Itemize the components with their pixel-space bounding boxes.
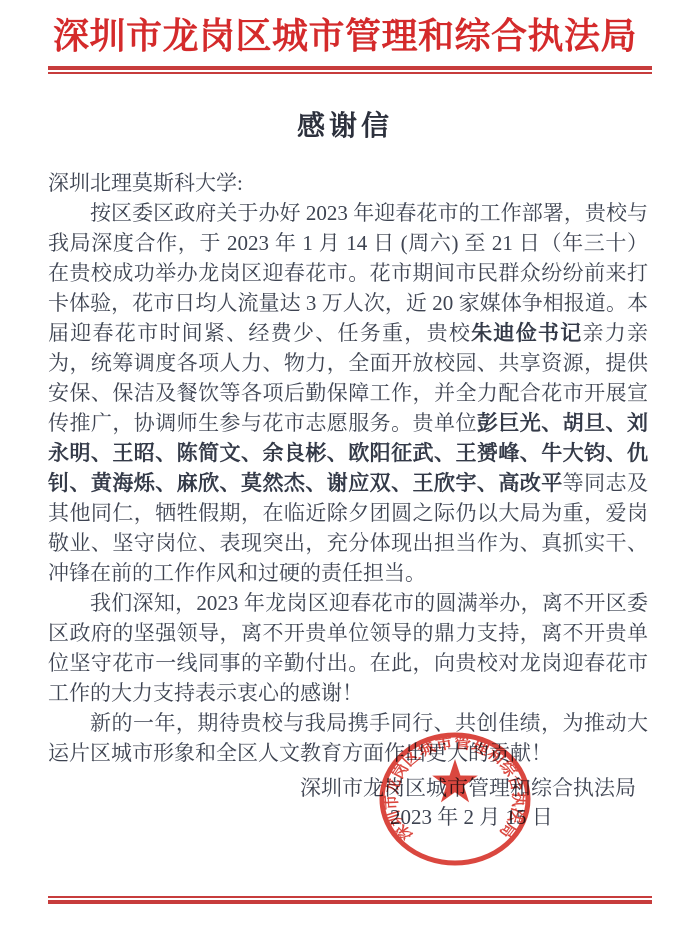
paragraph: 深圳北理莫斯科大学: [48,168,648,198]
letter-body: 深圳北理莫斯科大学:按区委区政府关于办好 2023 年迎春花市的工作部署，贵校与… [48,168,648,768]
letter-paragraphs: 深圳北理莫斯科大学:按区委区政府关于办好 2023 年迎春花市的工作部署，贵校与… [48,168,648,768]
paragraph-text: 新的一年，期待贵校与我局携手同行、共创佳绩，为推动大运片区城市形象和全区人文教育… [48,711,648,765]
paragraph-text: 我们深知，2023 年龙岗区迎春花市的圆满举办，离不开区委区政府的坚强领导，离不… [48,591,648,705]
highlighted-names: 朱迪俭书记 [471,321,582,345]
letter-date: 2023 年 2 月 15 日 [390,801,553,831]
letter-title: 感谢信 [0,104,690,144]
bottom-divider [48,896,652,904]
paragraph: 我们深知，2023 年龙岗区迎春花市的圆满举办，离不开区委区政府的坚强领导，离不… [48,588,648,708]
letter-page: 深圳市龙岗区城市管理和综合执法局 感谢信 深圳北理莫斯科大学:按区委区政府关于办… [0,0,690,926]
paragraph: 新的一年，期待贵校与我局携手同行、共创佳绩，为推动大运片区城市形象和全区人文教育… [48,708,648,768]
paragraph-text: 深圳北理莫斯科大学: [48,171,243,195]
signature-agency: 深圳市龙岗区城市管理和综合执法局 [300,772,636,802]
letterhead-agency: 深圳市龙岗区城市管理和综合执法局 [0,8,690,59]
letterhead-divider [48,66,652,74]
paragraph: 按区委区政府关于办好 2023 年迎春花市的工作部署，贵校与我局深度合作，于 2… [48,198,648,588]
divider-thin-line [48,72,652,74]
divider-thick-line [48,900,652,904]
